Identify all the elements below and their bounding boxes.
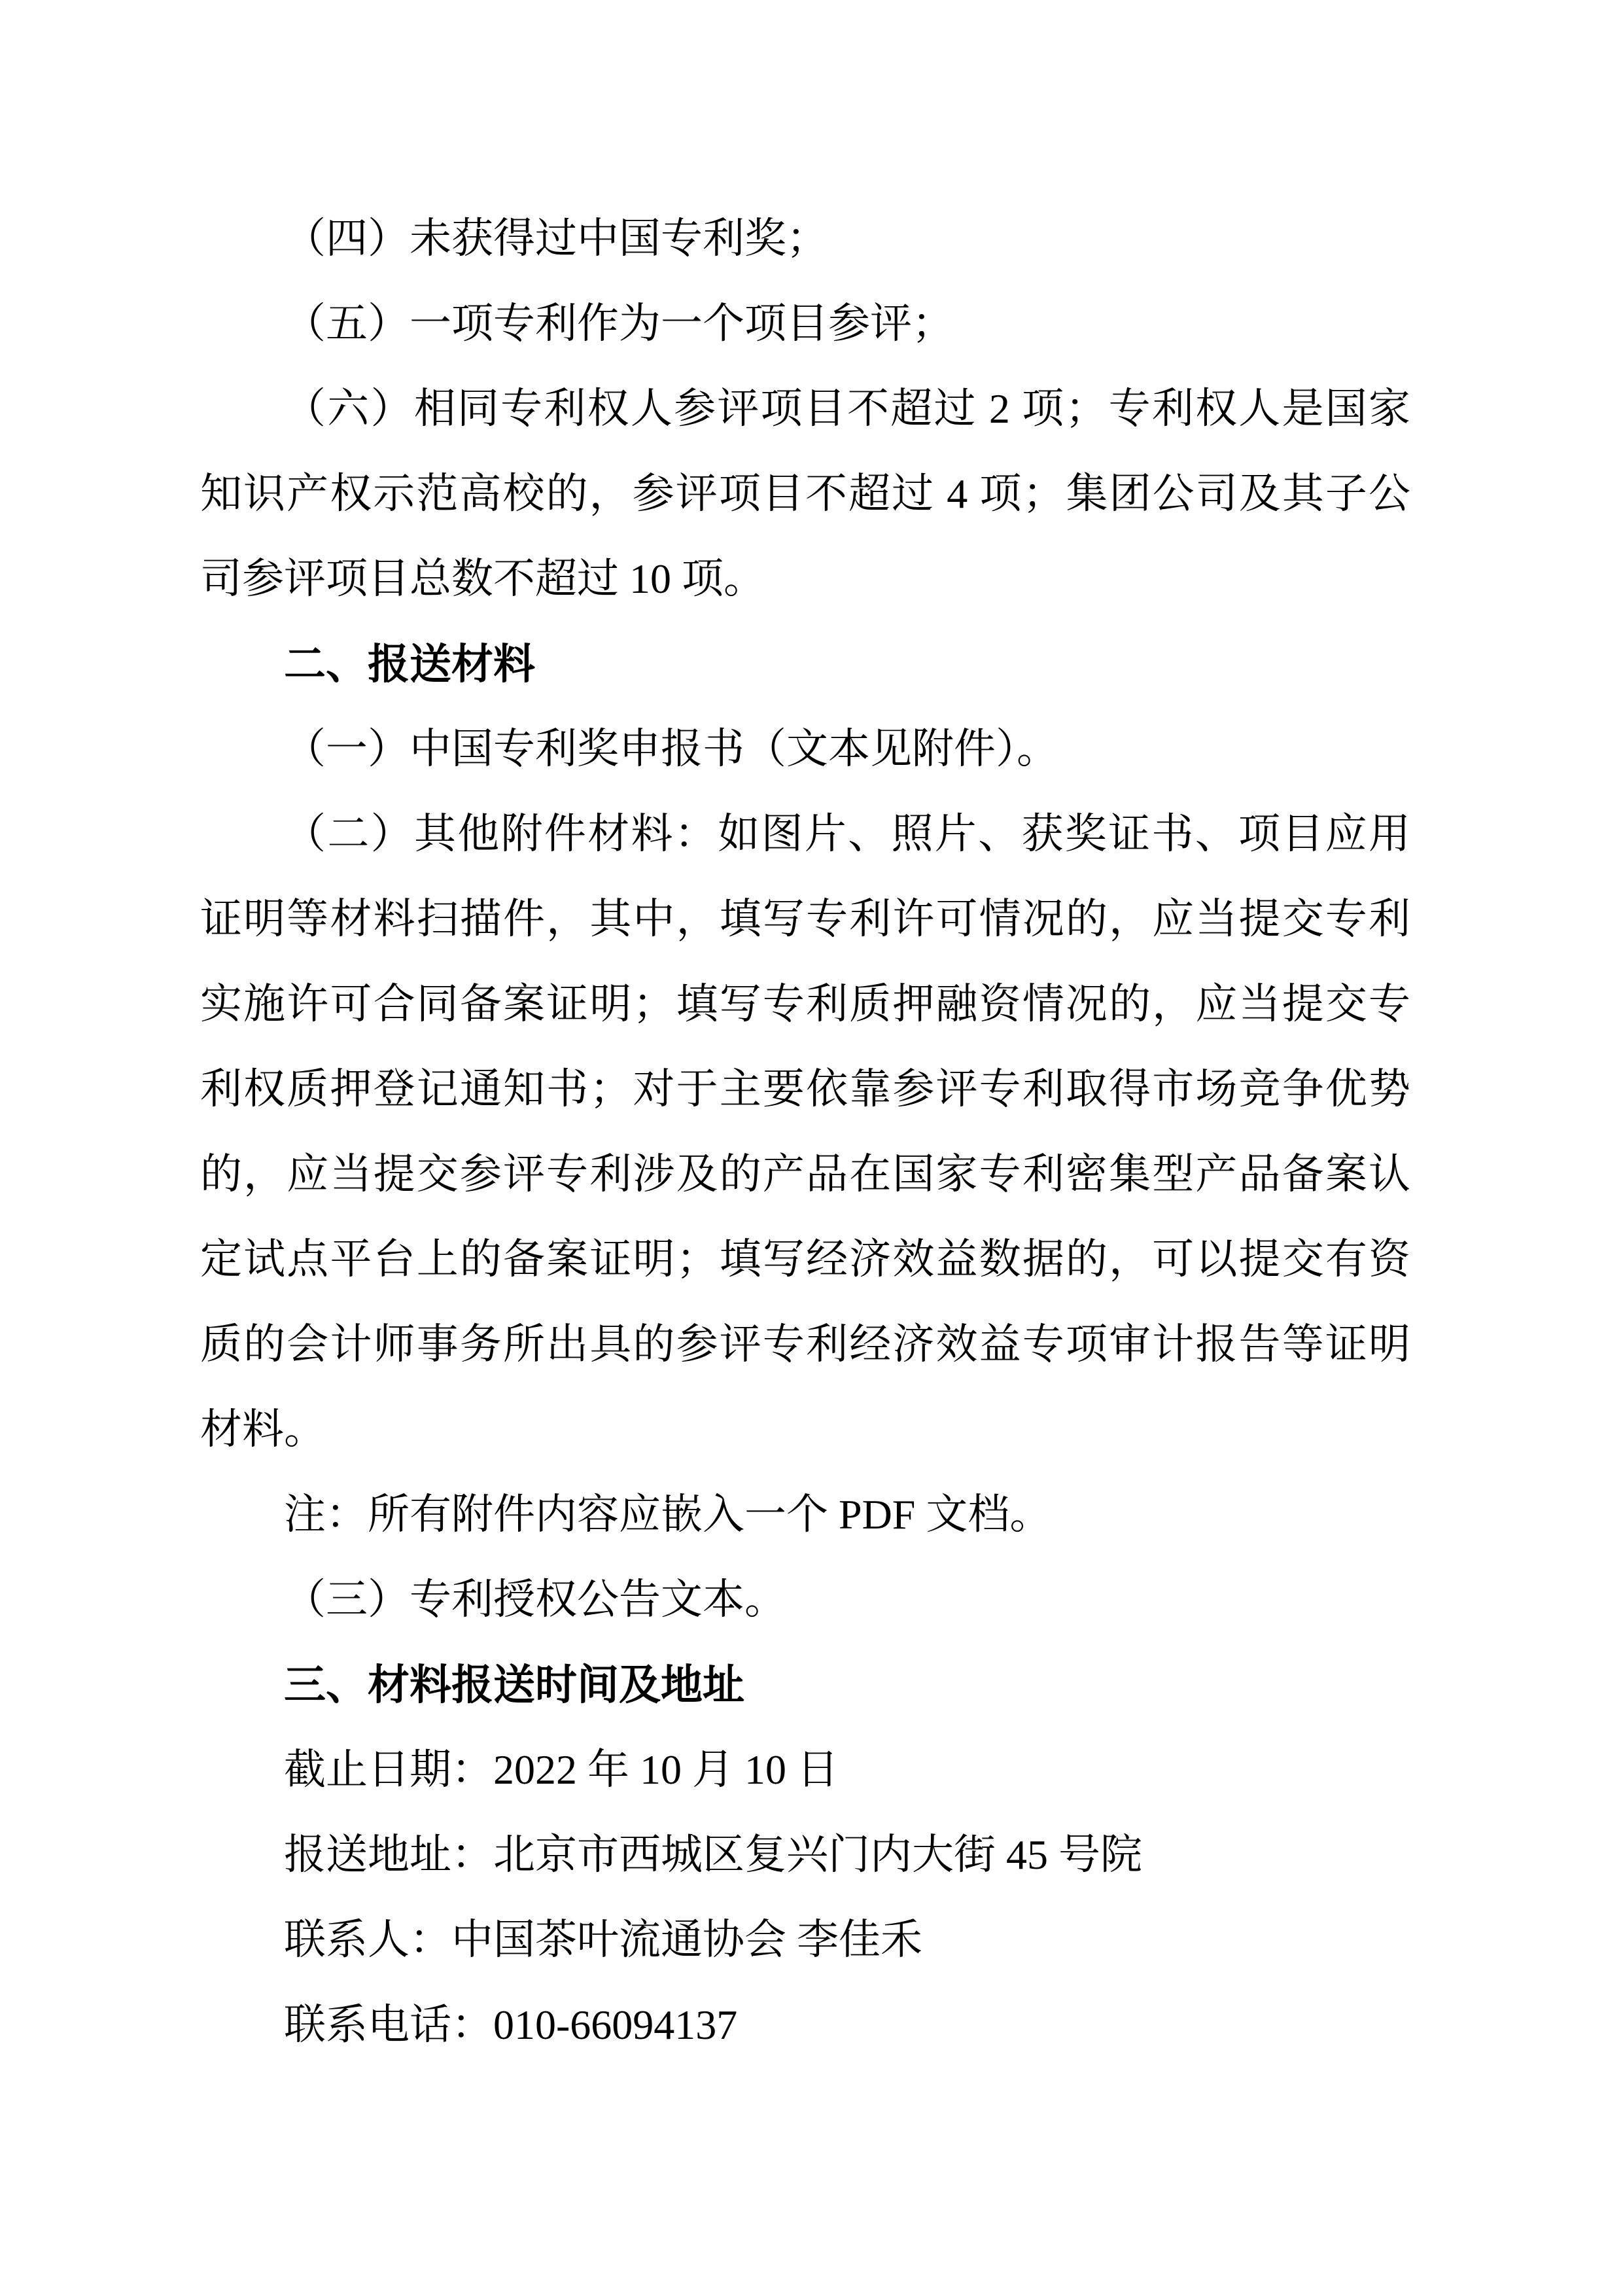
text-line: （二）其他附件材料：如图片、照片、获奖证书、项目应用 <box>200 792 1410 877</box>
text-line: 证明等材料扫描件，其中，填写专利许可情况的，应当提交专利 <box>200 877 1410 962</box>
document-body: （四）未获得过中国专利奖；（五）一项专利作为一个项目参评；（六）相同专利权人参评… <box>200 196 1410 2068</box>
text-line: 注：所有附件内容应嵌入一个 PDF 文档。 <box>200 1472 1410 1557</box>
text-line: 质的会计师事务所出具的参评专利经济效益专项审计报告等证明 <box>200 1302 1410 1387</box>
document-page: （四）未获得过中国专利奖；（五）一项专利作为一个项目参评；（六）相同专利权人参评… <box>0 0 1623 2296</box>
text-line: （六）相同专利权人参评项目不超过 2 项；专利权人是国家 <box>200 366 1410 451</box>
text-line: 材料。 <box>200 1387 1410 1472</box>
section-heading: 二、报送材料 <box>200 622 1410 707</box>
text-line: 联系人：中国茶叶流通协会 李佳禾 <box>200 1898 1410 1983</box>
text-line: 报送地址：北京市西城区复兴门内大街 45 号院 <box>200 1812 1410 1898</box>
text-line: 实施许可合同备案证明；填写专利质押融资情况的，应当提交专 <box>200 962 1410 1047</box>
section-heading: 三、材料报送时间及地址 <box>200 1642 1410 1727</box>
text-line: （三）专利授权公告文本。 <box>200 1557 1410 1642</box>
text-line: 定试点平台上的备案证明；填写经济效益数据的，可以提交有资 <box>200 1217 1410 1302</box>
text-line: 截止日期：2022 年 10 月 10 日 <box>200 1727 1410 1812</box>
text-line: 利权质押登记通知书；对于主要依靠参评专利取得市场竞争优势 <box>200 1047 1410 1132</box>
text-line: 知识产权示范高校的，参评项目不超过 4 项；集团公司及其子公 <box>200 451 1410 537</box>
text-line: 的，应当提交参评专利涉及的产品在国家专利密集型产品备案认 <box>200 1132 1410 1217</box>
text-line: （四）未获得过中国专利奖； <box>200 196 1410 281</box>
text-line: （五）一项专利作为一个项目参评； <box>200 281 1410 366</box>
text-line: 司参评项目总数不超过 10 项。 <box>200 537 1410 622</box>
text-line: 联系电话：010-66094137 <box>200 1983 1410 2068</box>
text-line: （一）中国专利奖申报书（文本见附件）。 <box>200 707 1410 792</box>
